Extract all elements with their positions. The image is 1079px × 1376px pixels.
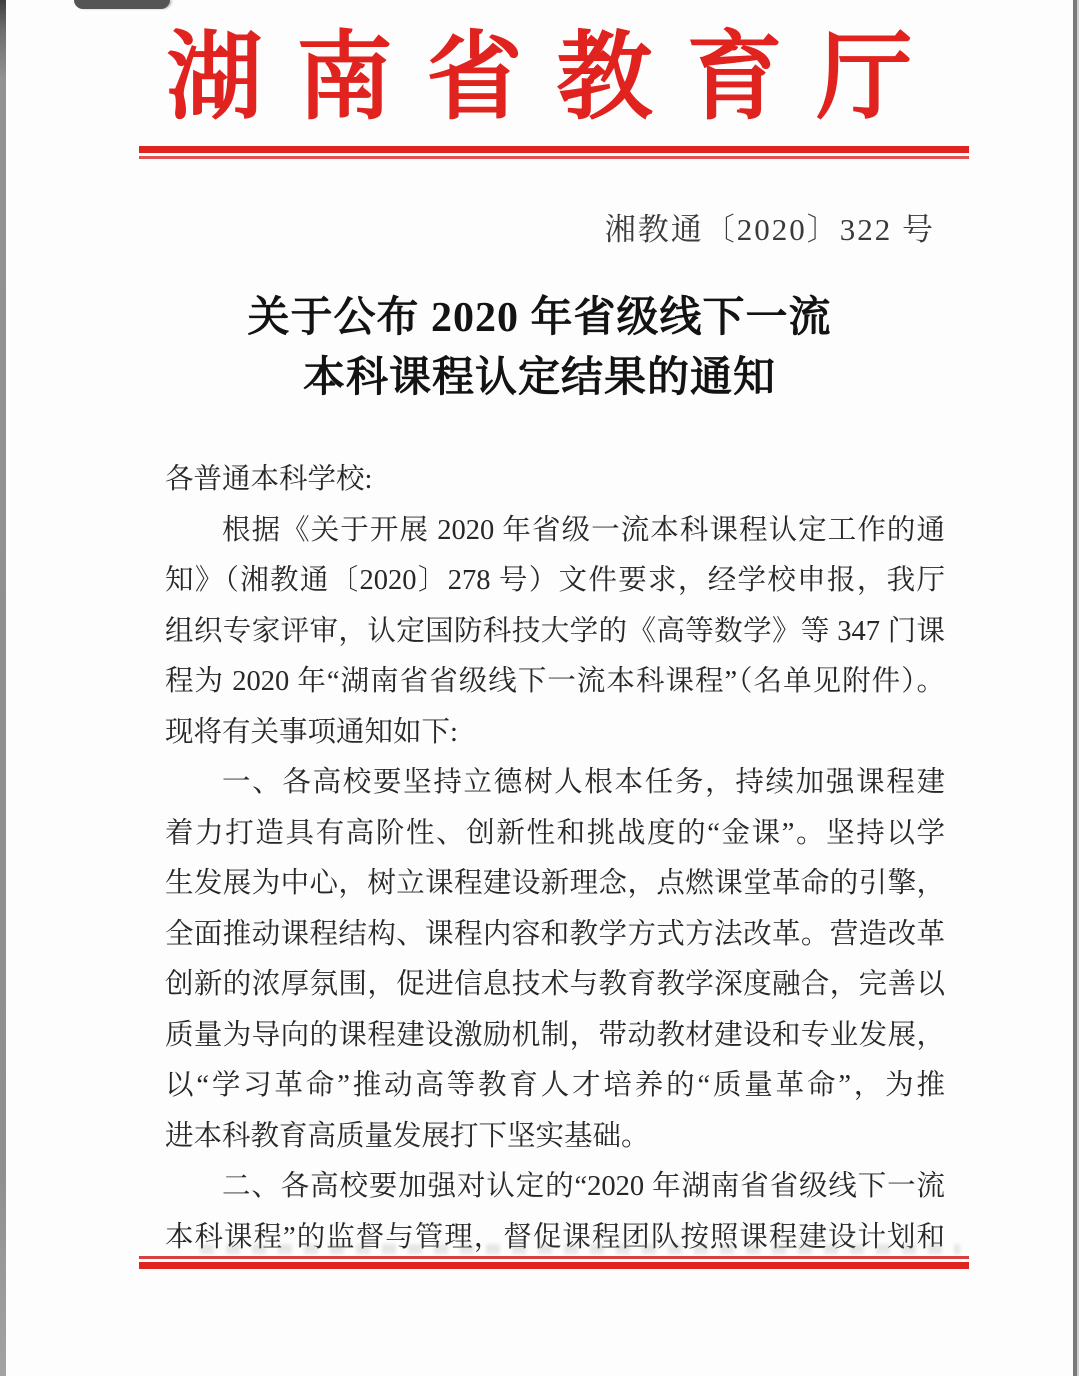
- document-title-line1: 关于公布 2020 年省级线下一流: [0, 288, 1079, 348]
- header-divider-thick-line: [139, 146, 969, 153]
- body-line: 二、各高校要加强对认定的“2020 年湖南省省级线下一流: [165, 1162, 945, 1213]
- body-line: 生发展为中心，树立课程建设新理念，点燃课堂革命的引擎，: [165, 859, 945, 910]
- scan-edge-right: [1073, 0, 1079, 1376]
- body-line: 进本科教育高质量发展打下坚实基础。: [165, 1112, 945, 1163]
- footer-divider-thick-line: [139, 1262, 969, 1269]
- header-divider-thin-line: [139, 156, 969, 159]
- scan-artifact-notch: [74, 0, 170, 9]
- document-body: 各普通本科学校: 根据《关于开展 2020 年省级一流本科课程认定工作的通 知》…: [165, 455, 945, 1263]
- body-line: 一、各高校要坚持立德树人根本任务，持续加强课程建设，: [165, 758, 945, 809]
- document-title-line2: 本科课程认定结果的通知: [0, 348, 1079, 408]
- footer-red-divider: [139, 1256, 969, 1269]
- body-line: 创新的浓厚氛围，促进信息技术与教育教学深度融合，完善以: [165, 960, 945, 1011]
- scanned-document-page: 湖南省教育厅 湘教通〔2020〕322 号 关于公布 2020 年省级线下一流 …: [0, 0, 1079, 1376]
- body-line: 程为 2020 年“湖南省省级线下一流本科课程”（名单见附件）。: [165, 657, 945, 708]
- body-line: 着力打造具有高阶性、创新性和挑战度的“金课”。坚持以学: [165, 809, 945, 860]
- scan-bleedthrough-smudge: [200, 1244, 960, 1254]
- document-title: 关于公布 2020 年省级线下一流 本科课程认定结果的通知: [0, 288, 1079, 408]
- body-line: 现将有关事项通知如下:: [165, 708, 945, 759]
- body-line: 以“学习革命”推动高等教育人才培养的“质量革命”，为推: [165, 1061, 945, 1112]
- body-line-salutation: 各普通本科学校:: [165, 455, 945, 506]
- scan-edge-left: [0, 0, 6, 1376]
- body-line: 质量为导向的课程建设激励机制，带动教材建设和专业发展，: [165, 1011, 945, 1062]
- body-line: 根据《关于开展 2020 年省级一流本科课程认定工作的通: [165, 506, 945, 557]
- body-line: 知》（湘教通〔2020〕278 号）文件要求，经学校申报，我厅: [165, 556, 945, 607]
- agency-masthead: 湖南省教育厅: [17, 22, 1079, 134]
- body-line: 组织专家评审，认定国防科技大学的《高等数学》等 347 门课: [165, 607, 945, 658]
- header-red-divider: [139, 146, 969, 159]
- document-number: 湘教通〔2020〕322 号: [605, 204, 935, 249]
- body-line: 全面推动课程结构、课程内容和教学方式方法改革。营造改革: [165, 910, 945, 961]
